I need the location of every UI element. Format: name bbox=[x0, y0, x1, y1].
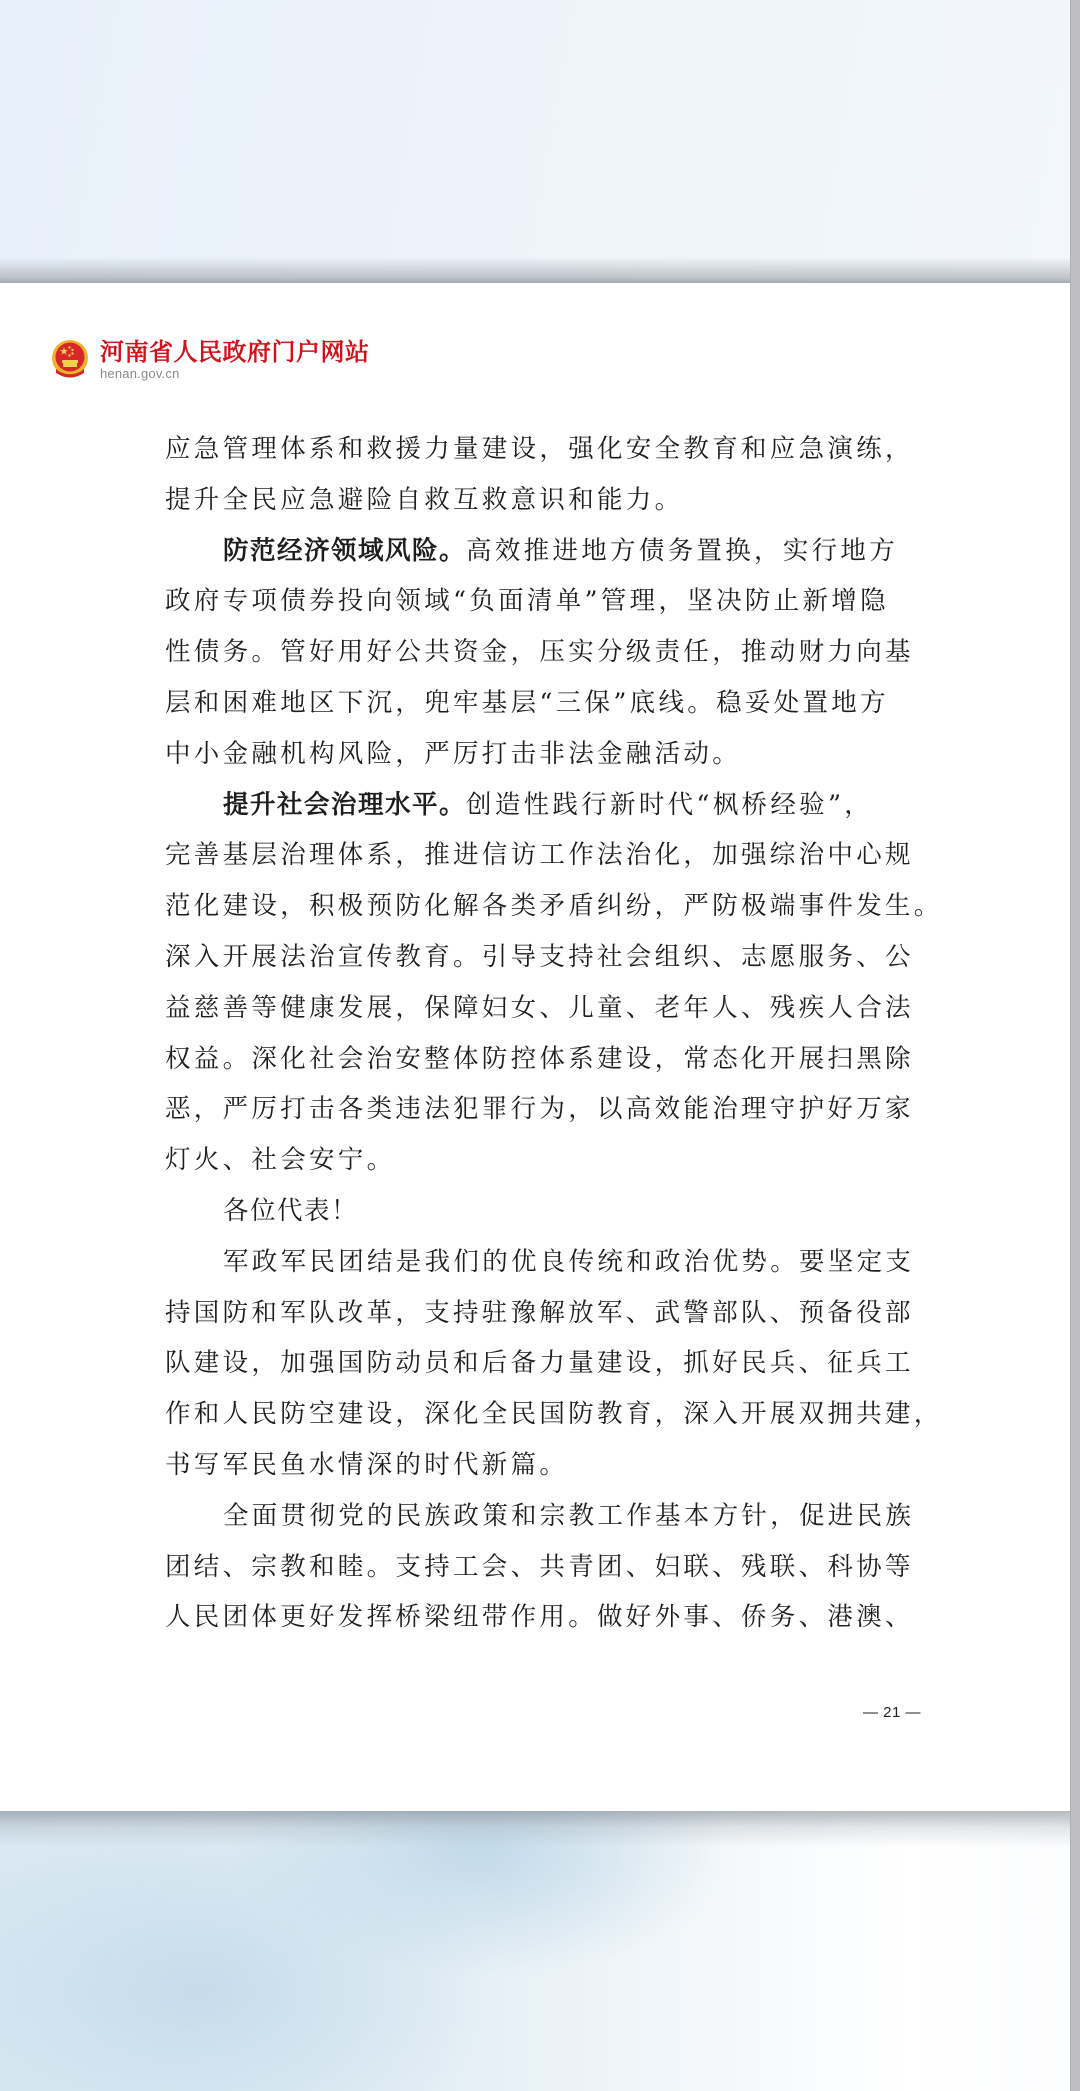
document-body: 应急管理体系和救援力量建设，强化安全教育和应急演练， 提升全民应急避险自救互救意… bbox=[165, 424, 925, 1643]
background-bottom bbox=[0, 1811, 1070, 2091]
document-page: 河南省人民政府门户网站 henan.gov.cn 应急管理体系和救援力量建设，强… bbox=[0, 283, 1070, 1811]
scrollbar-track[interactable] bbox=[1070, 0, 1080, 2091]
text-line: 范化建设，积极预防化解各类矛盾纠纷，严防极端事件发生。 bbox=[165, 881, 925, 932]
text-line: 政府专项债券投向领域“负面清单”管理，坚决防止新增隐 bbox=[165, 576, 925, 627]
text-line: 层和困难地区下沉，兜牢基层“三保”底线。稳妥处置地方 bbox=[165, 678, 925, 729]
text-line: 灯火、社会安宁。 bbox=[165, 1135, 925, 1186]
text-line: 完善基层治理体系，推进信访工作法治化，加强综治中心规 bbox=[165, 830, 925, 881]
text-line: 应急管理体系和救援力量建设，强化安全教育和应急演练， bbox=[165, 424, 925, 475]
site-logo[interactable]: 河南省人民政府门户网站 henan.gov.cn bbox=[50, 338, 370, 382]
text-line: 提升全民应急避险自救互救意识和能力。 bbox=[165, 475, 925, 526]
national-emblem-icon bbox=[50, 339, 90, 381]
text-line: 益慈善等健康发展，保障妇女、儿童、老年人、残疾人合法 bbox=[165, 983, 925, 1034]
address-heading: 各位代表！ bbox=[165, 1186, 925, 1237]
text-line: 权益。深化社会治安整体防控体系建设，常态化开展扫黑除 bbox=[165, 1034, 925, 1085]
text-line: 书写军民鱼水情深的时代新篇。 bbox=[165, 1440, 925, 1491]
text-line: 持国防和军队改革，支持驻豫解放军、武警部队、预备役部 bbox=[165, 1288, 925, 1339]
text-line: 性债务。管好用好公共资金，压实分级责任，推动财力向基 bbox=[165, 627, 925, 678]
text-line: 恶，严厉打击各类违法犯罪行为，以高效能治理守护好万家 bbox=[165, 1084, 925, 1135]
background-top bbox=[0, 0, 1070, 283]
site-domain: henan.gov.cn bbox=[100, 366, 370, 382]
text-line: 队建设，加强国防动员和后备力量建设，抓好民兵、征兵工 bbox=[165, 1338, 925, 1389]
site-name: 河南省人民政府门户网站 bbox=[100, 338, 370, 366]
text-line: 军政军民团结是我们的优良传统和政治优势。要坚定支 bbox=[165, 1237, 925, 1288]
page-number: — 21 — bbox=[863, 1704, 921, 1721]
section-heading-economic-risk: 防范经济领域风险。 bbox=[223, 536, 466, 566]
section-heading-social-governance: 提升社会治理水平。 bbox=[223, 790, 466, 820]
text-line: 全面贯彻党的民族政策和宗教工作基本方针，促进民族 bbox=[165, 1491, 925, 1542]
section-heading-line: 提升社会治理水平。创造性践行新时代“枫桥经验”， bbox=[165, 780, 925, 831]
section-heading-line: 防范经济领域风险。高效推进地方债务置换，实行地方 bbox=[165, 526, 925, 577]
text-line: 人民团体更好发挥桥梁纽带作用。做好外事、侨务、港澳、 bbox=[165, 1592, 925, 1643]
text-line: 作和人民防空建设，深化全民国防教育，深入开展双拥共建， bbox=[165, 1389, 925, 1440]
text-line: 团结、宗教和睦。支持工会、共青团、妇联、残联、科协等 bbox=[165, 1542, 925, 1593]
text-line: 中小金融机构风险，严厉打击非法金融活动。 bbox=[165, 729, 925, 780]
text-line: 深入开展法治宣传教育。引导支持社会组织、志愿服务、公 bbox=[165, 932, 925, 983]
